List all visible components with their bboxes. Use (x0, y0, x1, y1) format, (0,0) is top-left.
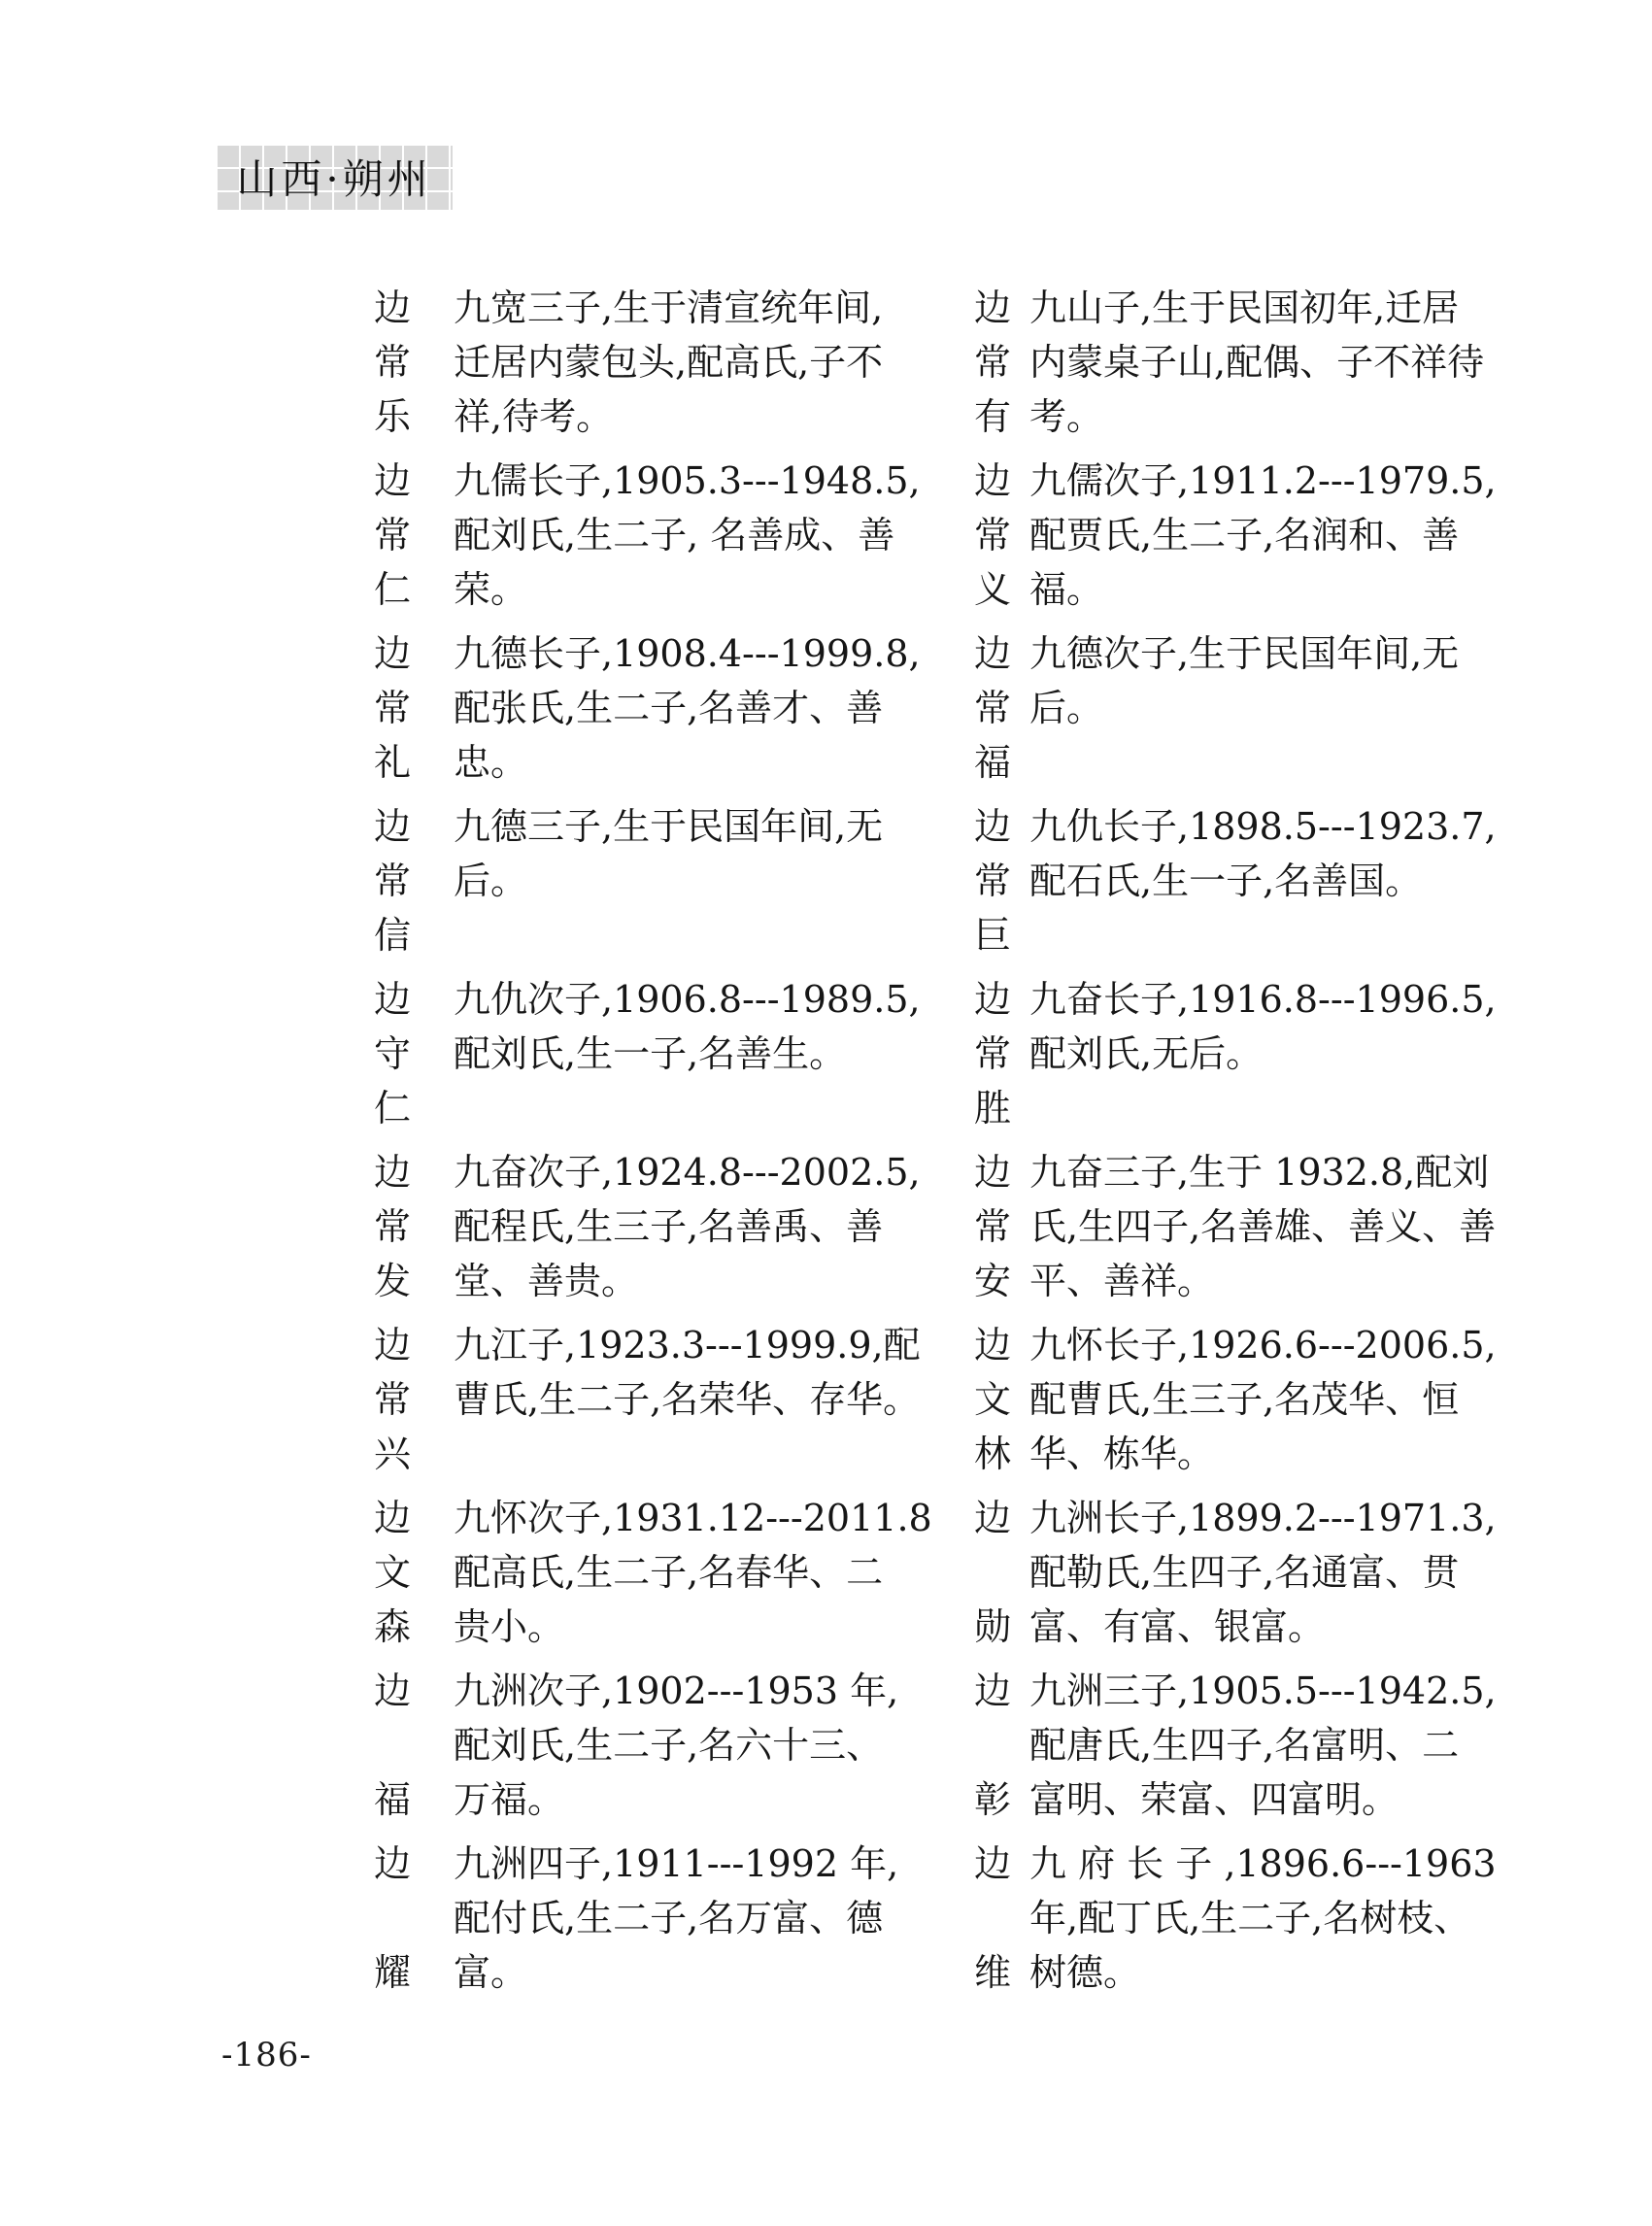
genealogy-column-right: 边常有九山子,生于民国初年,迁居内蒙桌子山,配偶、子不祥待考。边常义九儒次子,1… (974, 281, 1460, 2009)
genealogy-entry: 边耀九洲四子,1911---1992 年,配付氏,生二子,名万富、德富。 (374, 1837, 889, 2000)
genealogy-column-left: 边常乐九宽三子,生于清宣统年间,迁居内蒙包头,配高氏,子不祥,待考。边常仁九儒长… (374, 281, 889, 2009)
genealogy-entry: 边常巨九仇长子,1898.5---1923.7,配石氏,生一子,名善国。 (974, 799, 1460, 962)
entry-text-line: 九洲四子,1911---1992 年, (454, 1837, 898, 1891)
page: { "page": { "header": "山西·朔州", "page_num… (0, 0, 1652, 2226)
genealogy-entry: 边常有九山子,生于民国初年,迁居内蒙桌子山,配偶、子不祥待考。 (974, 281, 1460, 444)
entry-text-line: 九儒长子,1905.3---1948.5, (454, 454, 921, 508)
person-name: 边彰 (974, 1664, 1029, 1827)
entry-text-line: 祥,待考。 (454, 389, 889, 444)
entry-text-line: 配曹氏,生三子,名茂华、恒 (1029, 1372, 1497, 1427)
entry-text-line: 富明、荣富、四富明。 (1029, 1772, 1497, 1827)
person-name-char: 边 (974, 1318, 1029, 1372)
entry-text: 九德三子,生于民国年间,无后。 (454, 799, 889, 962)
person-name-char: 彰 (974, 1772, 1029, 1827)
entry-text-line: 九仇次子,1906.8---1989.5, (454, 972, 921, 1027)
person-name: 边守仁 (374, 972, 454, 1135)
entry-text-line: 配张氏,生二子,名善才、善 (454, 681, 921, 735)
entry-text-line: 配唐氏,生四子,名富明、二 (1029, 1718, 1497, 1772)
person-name-char: 信 (374, 908, 454, 962)
entry-text-line: 配勒氏,生四子,名通富、贯 (1029, 1545, 1497, 1600)
entry-text-line: 考。 (1029, 389, 1484, 444)
person-name: 边常义 (974, 454, 1029, 617)
genealogy-entry: 边常胜九奋长子,1916.8---1996.5,配刘氏,无后。 (974, 972, 1460, 1135)
person-name-char: 边 (374, 972, 454, 1027)
entry-text: 九德次子,生于民国年间,无后。 (1029, 626, 1460, 790)
entry-text-line: 福。 (1029, 562, 1497, 617)
entry-text-line: 九洲次子,1902---1953 年, (454, 1664, 898, 1718)
entry-text-line: 九怀长子,1926.6---2006.5, (1029, 1318, 1497, 1372)
entry-text-line: 九洲三子,1905.5---1942.5, (1029, 1664, 1497, 1718)
person-name: 边常礼 (374, 626, 454, 790)
genealogy-entry: 边常兴九江子,1923.3---1999.9,配曹氏,生二子,名荣华、存华。 (374, 1318, 889, 1481)
entry-text-line: 氏,生四子,名善雄、善义、善 (1029, 1199, 1496, 1254)
entry-text-line: 平、善祥。 (1029, 1254, 1496, 1308)
entry-text: 九洲四子,1911---1992 年,配付氏,生二子,名万富、德富。 (454, 1837, 898, 2000)
genealogy-entry: 边福九洲次子,1902---1953 年,配刘氏,生二子,名六十三、万福。 (374, 1664, 889, 1827)
genealogy-entry: 边常福九德次子,生于民国年间,无后。 (974, 626, 1460, 790)
person-name: 边常胜 (974, 972, 1029, 1135)
genealogy-entry: 边文林九怀长子,1926.6---2006.5,配曹氏,生三子,名茂华、恒华、栋… (974, 1318, 1460, 1481)
genealogy-entry: 边常乐九宽三子,生于清宣统年间,迁居内蒙包头,配高氏,子不祥,待考。 (374, 281, 889, 444)
entry-text-line: 迁居内蒙包头,配高氏,子不 (454, 335, 889, 389)
person-name-char: 常 (974, 854, 1029, 908)
person-name-char: 兴 (374, 1427, 454, 1481)
person-name-char: 福 (374, 1772, 454, 1827)
person-name-char: 边 (974, 972, 1029, 1027)
person-name-char: 常 (974, 681, 1029, 735)
person-name-char: 巨 (974, 908, 1029, 962)
entry-text-line: 富、有富、银富。 (1029, 1600, 1497, 1654)
entry-text: 九儒次子,1911.2---1979.5,配贾氏,生二子,名润和、善福。 (1029, 454, 1497, 617)
genealogy-entry: 边常信九德三子,生于民国年间,无后。 (374, 799, 889, 962)
person-name-char: 常 (374, 508, 454, 562)
person-name: 边维 (974, 1837, 1029, 2000)
entry-text-line: 华、栋华。 (1029, 1427, 1497, 1481)
person-name-char: 常 (374, 681, 454, 735)
entry-text-line: 荣。 (454, 562, 921, 617)
person-name: 边常发 (374, 1145, 454, 1308)
entry-text-line: 九奋长子,1916.8---1996.5, (1029, 972, 1497, 1027)
entry-text: 九德长子,1908.4---1999.8,配张氏,生二子,名善才、善忠。 (454, 626, 921, 790)
person-name-char: 常 (974, 1199, 1029, 1254)
entry-text-line: 九洲长子,1899.2---1971.3, (1029, 1491, 1497, 1545)
person-name-char: 仁 (374, 562, 454, 617)
entry-text: 九山子,生于民国初年,迁居内蒙桌子山,配偶、子不祥待考。 (1029, 281, 1484, 444)
entry-text-line: 后。 (1029, 681, 1460, 735)
person-name-char: 常 (974, 1027, 1029, 1081)
person-name-char: 福 (974, 735, 1029, 790)
person-name-char: 边 (374, 1145, 454, 1199)
person-name-char: 边 (374, 799, 454, 854)
entry-text: 九怀长子,1926.6---2006.5,配曹氏,生三子,名茂华、恒华、栋华。 (1029, 1318, 1497, 1481)
person-name-char: 文 (974, 1372, 1029, 1427)
entry-text-line: 后。 (454, 854, 889, 908)
genealogy-entry: 边勋九洲长子,1899.2---1971.3,配勒氏,生四子,名通富、贯富、有富… (974, 1491, 1460, 1654)
person-name-char: 边 (974, 626, 1029, 681)
entry-text-line: 配刘氏,无后。 (1029, 1027, 1497, 1081)
entry-text: 九宽三子,生于清宣统年间,迁居内蒙包头,配高氏,子不祥,待考。 (454, 281, 889, 444)
person-name: 边常安 (974, 1145, 1029, 1308)
genealogy-entry: 边维九 府 长 子 ,1896.6---1963年,配丁氏,生二子,名树枝、树德… (974, 1837, 1460, 2000)
genealogy-entry: 边常发九奋次子,1924.8---2002.5,配程氏,生三子,名善禹、善堂、善… (374, 1145, 889, 1308)
entry-text-line: 配贾氏,生二子,名润和、善 (1029, 508, 1497, 562)
person-name: 边耀 (374, 1837, 454, 2000)
entry-text-line: 配程氏,生三子,名善禹、善 (454, 1199, 921, 1254)
entry-text-line: 九江子,1923.3---1999.9,配 (454, 1318, 921, 1372)
person-name-char: 常 (374, 1372, 454, 1427)
entry-text-line: 配石氏,生一子,名善国。 (1029, 854, 1497, 908)
person-name-char: 守 (374, 1027, 454, 1081)
person-name-char: 边 (974, 799, 1029, 854)
person-name: 边勋 (974, 1491, 1029, 1654)
person-name-char: 边 (374, 454, 454, 508)
person-name-char: 安 (974, 1254, 1029, 1308)
entry-text-line: 忠。 (454, 735, 921, 790)
person-name-char: 边 (974, 1145, 1029, 1199)
entry-text-line: 配高氏,生二子,名春华、二 (454, 1545, 932, 1600)
person-name-char: 勋 (974, 1600, 1029, 1654)
page-header: 山西·朔州 (216, 144, 453, 210)
person-name-char: 边 (974, 454, 1029, 508)
person-name: 边常乐 (374, 281, 454, 444)
person-name: 边常福 (974, 626, 1029, 790)
page-number: -186- (221, 2036, 312, 2074)
person-name-char: 常 (374, 335, 454, 389)
person-name-char (974, 1718, 1029, 1772)
entry-text-line: 九怀次子,1931.12---2011.8 (454, 1491, 932, 1545)
entry-text: 九 府 长 子 ,1896.6---1963年,配丁氏,生二子,名树枝、树德。 (1029, 1837, 1497, 2000)
entry-text-line: 树德。 (1029, 1945, 1497, 2000)
person-name-char: 边 (974, 1491, 1029, 1545)
person-name-char: 胜 (974, 1081, 1029, 1135)
entry-text-line: 贵小。 (454, 1600, 932, 1654)
person-name-char: 边 (974, 281, 1029, 335)
entry-text: 九奋次子,1924.8---2002.5,配程氏,生三子,名善禹、善堂、善贵。 (454, 1145, 921, 1308)
entry-text-line: 配刘氏,生二子,名六十三、 (454, 1718, 898, 1772)
person-name-char (374, 1718, 454, 1772)
person-name-char: 常 (974, 335, 1029, 389)
person-name-char: 边 (374, 1318, 454, 1372)
genealogy-entry: 边文森九怀次子,1931.12---2011.8配高氏,生二子,名春华、二贵小。 (374, 1491, 889, 1654)
person-name-char: 边 (974, 1837, 1029, 1891)
person-name-char: 义 (974, 562, 1029, 617)
entry-text: 九江子,1923.3---1999.9,配曹氏,生二子,名荣华、存华。 (454, 1318, 921, 1481)
person-name-char: 耀 (374, 1945, 454, 2000)
person-name-char: 有 (974, 389, 1029, 444)
entry-text-line: 九德长子,1908.4---1999.8, (454, 626, 921, 681)
entry-text-line: 九奋三子,生于 1932.8,配刘 (1029, 1145, 1496, 1199)
entry-text: 九儒长子,1905.3---1948.5,配刘氏,生二子, 名善成、善荣。 (454, 454, 921, 617)
genealogy-entry: 边常义九儒次子,1911.2---1979.5,配贾氏,生二子,名润和、善福。 (974, 454, 1460, 617)
entry-text: 九洲三子,1905.5---1942.5,配唐氏,生四子,名富明、二富明、荣富、… (1029, 1664, 1497, 1827)
entry-text: 九怀次子,1931.12---2011.8配高氏,生二子,名春华、二贵小。 (454, 1491, 932, 1654)
person-name-char: 边 (374, 1664, 454, 1718)
person-name-char: 礼 (374, 735, 454, 790)
person-name-char (974, 1891, 1029, 1945)
entry-text-line: 九德三子,生于民国年间,无 (454, 799, 889, 854)
entry-text-line: 九山子,生于民国初年,迁居 (1029, 281, 1484, 335)
entry-text-line: 九德次子,生于民国年间,无 (1029, 626, 1460, 681)
person-name-char (974, 1545, 1029, 1600)
person-name-char: 森 (374, 1600, 454, 1654)
genealogy-entry: 边彰九洲三子,1905.5---1942.5,配唐氏,生四子,名富明、二富明、荣… (974, 1664, 1460, 1827)
person-name: 边常仁 (374, 454, 454, 617)
entry-text-line: 万福。 (454, 1772, 898, 1827)
entry-text: 九奋长子,1916.8---1996.5,配刘氏,无后。 (1029, 972, 1497, 1135)
entry-text: 九洲长子,1899.2---1971.3,配勒氏,生四子,名通富、贯富、有富、银… (1029, 1491, 1497, 1654)
entry-text-line: 九 府 长 子 ,1896.6---1963 (1029, 1837, 1497, 1891)
genealogy-entry: 边常礼九德长子,1908.4---1999.8,配张氏,生二子,名善才、善忠。 (374, 626, 889, 790)
entry-text-line: 内蒙桌子山,配偶、子不祥待 (1029, 335, 1484, 389)
person-name-char: 边 (974, 1664, 1029, 1718)
entry-text-line: 堂、善贵。 (454, 1254, 921, 1308)
genealogy-entry: 边常安九奋三子,生于 1932.8,配刘氏,生四子,名善雄、善义、善平、善祥。 (974, 1145, 1460, 1308)
person-name-char: 维 (974, 1945, 1029, 2000)
entry-text-line: 年,配丁氏,生二子,名树枝、 (1029, 1891, 1497, 1945)
entry-text: 九仇长子,1898.5---1923.7,配石氏,生一子,名善国。 (1029, 799, 1497, 962)
person-name: 边福 (374, 1664, 454, 1827)
person-name-char: 常 (374, 854, 454, 908)
person-name-char: 林 (974, 1427, 1029, 1481)
person-name-char: 边 (374, 1837, 454, 1891)
person-name: 边文林 (974, 1318, 1029, 1481)
person-name-char: 常 (974, 508, 1029, 562)
person-name: 边常兴 (374, 1318, 454, 1481)
entry-text: 九奋三子,生于 1932.8,配刘氏,生四子,名善雄、善义、善平、善祥。 (1029, 1145, 1496, 1308)
person-name-char: 文 (374, 1545, 454, 1600)
person-name-char (374, 1891, 454, 1945)
genealogy-entry: 边常仁九儒长子,1905.3---1948.5,配刘氏,生二子, 名善成、善荣。 (374, 454, 889, 617)
entry-text-line: 配付氏,生二子,名万富、德 (454, 1891, 898, 1945)
entry-text-line: 九宽三子,生于清宣统年间, (454, 281, 889, 335)
entry-text-line: 九儒次子,1911.2---1979.5, (1029, 454, 1497, 508)
person-name-char: 边 (374, 281, 454, 335)
entry-text-line: 曹氏,生二子,名荣华、存华。 (454, 1372, 921, 1427)
person-name: 边常巨 (974, 799, 1029, 962)
person-name: 边文森 (374, 1491, 454, 1654)
person-name-char: 边 (374, 1491, 454, 1545)
person-name-char: 发 (374, 1254, 454, 1308)
page-header-title: 山西·朔州 (236, 148, 431, 206)
person-name: 边常有 (974, 281, 1029, 444)
person-name: 边常信 (374, 799, 454, 962)
person-name-char: 仁 (374, 1081, 454, 1135)
person-name-char: 常 (374, 1199, 454, 1254)
entry-text-line: 富。 (454, 1945, 898, 2000)
entry-text: 九仇次子,1906.8---1989.5,配刘氏,生一子,名善生。 (454, 972, 921, 1135)
entry-text-line: 配刘氏,生二子, 名善成、善 (454, 508, 921, 562)
entry-text-line: 九奋次子,1924.8---2002.5, (454, 1145, 921, 1199)
entry-text: 九洲次子,1902---1953 年,配刘氏,生二子,名六十三、万福。 (454, 1664, 898, 1827)
entry-text-line: 配刘氏,生一子,名善生。 (454, 1027, 921, 1081)
entry-text-line: 九仇长子,1898.5---1923.7, (1029, 799, 1497, 854)
person-name-char: 乐 (374, 389, 454, 444)
genealogy-entry: 边守仁九仇次子,1906.8---1989.5,配刘氏,生一子,名善生。 (374, 972, 889, 1135)
person-name-char: 边 (374, 626, 454, 681)
